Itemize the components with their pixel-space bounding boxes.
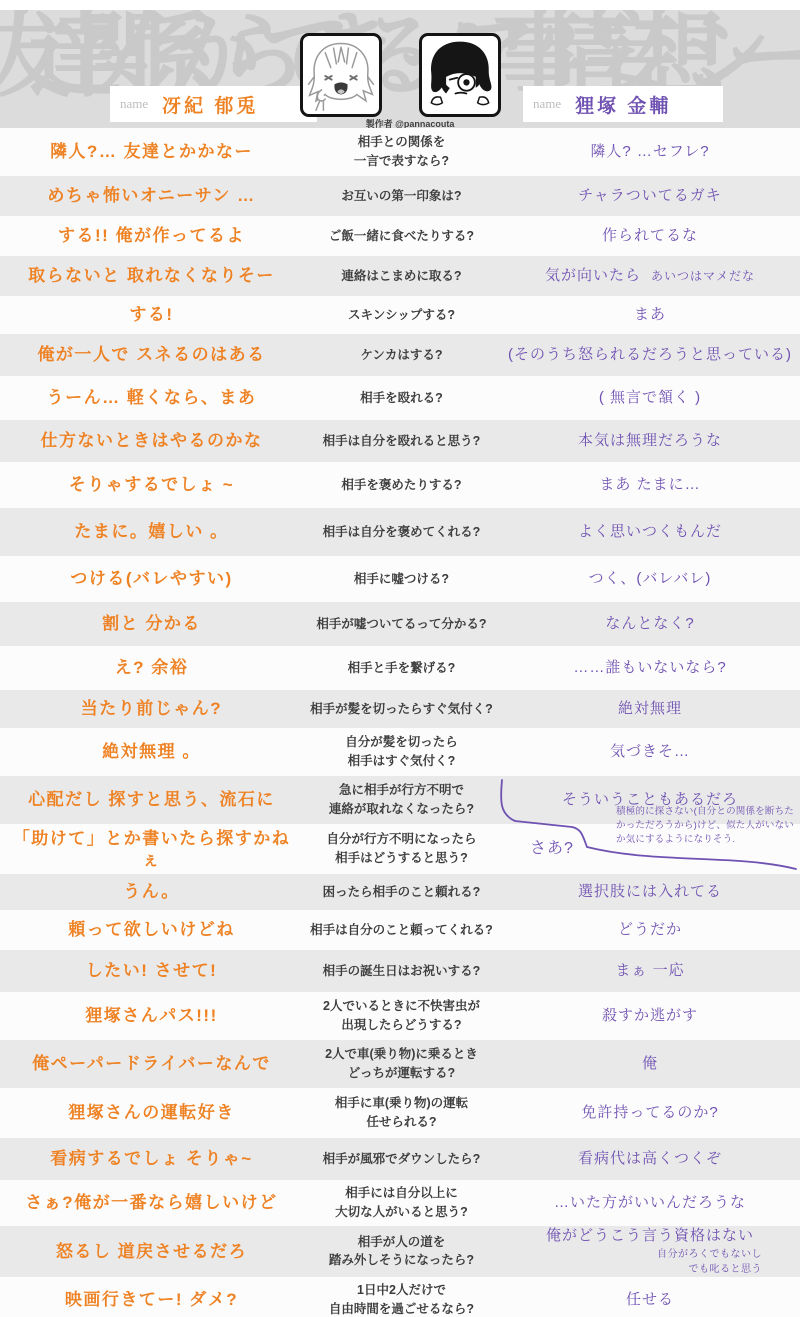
left-answer: したい! させて! — [0, 960, 303, 981]
right-answer: 殺すか逃がす — [500, 1006, 800, 1026]
question: 相手との関係を一言で表すなら? — [303, 133, 500, 171]
left-answer: うん。 — [0, 881, 303, 902]
table-row: さぁ?俺が一番なら嬉しいけど相手には自分以上に大切な人がいると思う?…いた方がい… — [0, 1180, 800, 1226]
annotation-note: 積極的に探さない(自分との関係を断ちたかっただろうから)けど、似た人がいないか気… — [616, 805, 800, 846]
left-answer: うーん… 軽くなら、まあ — [0, 387, 303, 408]
left-answer: つける(バレやすい) — [0, 568, 303, 589]
right-answer: まあ — [500, 305, 800, 325]
table-row: 頼って欲しいけどね相手は自分のこと頼ってくれる?どうだか — [0, 910, 800, 950]
question: 相手の誕生日はお祝いする? — [303, 962, 500, 981]
question: スキンシップする? — [303, 306, 500, 325]
table-row: 狸塚さんパス!!!2人でいるときに不快害虫が出現したらどうする?殺すか逃がす — [0, 992, 800, 1040]
table-row: うーん… 軽くなら、まあ相手を殴れる?( 無言で頷く ) — [0, 376, 800, 420]
question: 連絡はこまめに取る? — [303, 267, 500, 286]
left-answer: 当たり前じゃん? — [0, 698, 303, 719]
left-answer: 「助けて」とか書いたら探すかねぇ — [0, 828, 303, 871]
name-field-label: name — [533, 96, 561, 112]
question: 困ったら相手のこと頼れる? — [303, 883, 500, 902]
avatar-right — [419, 33, 501, 117]
table-row: する!! 俺が作ってるよご飯一緒に食べたりする?作られてるな — [0, 216, 800, 256]
right-answer: 免許持ってるのか? — [500, 1103, 800, 1123]
table-row: 看病するでしょ そりゃ~相手が風邪でダウンしたら?看病代は高くつくぞ — [0, 1138, 800, 1180]
right-answer: 気が向いたらあいつはマメだな — [500, 266, 800, 286]
question: 2人で車(乗り物)に乗るときどっちが運転する? — [303, 1045, 500, 1083]
table-row: 俺ペーパードライバーなんで2人で車(乗り物)に乗るときどっちが運転する?俺 — [0, 1040, 800, 1088]
left-character-icon — [303, 36, 379, 114]
name-field-label: name — [120, 96, 148, 112]
table-row: 俺が一人で スネるのはあるケンカはする?(そのうち怒られるだろうと思っている) — [0, 334, 800, 376]
table-row: 割と 分かる相手が嘘ついてるって分かる?なんとなく? — [0, 602, 800, 646]
right-answer: 本気は無理だろうな — [500, 431, 800, 451]
right-answer: なんとなく? — [500, 614, 800, 634]
left-answer: さぁ?俺が一番なら嬉しいけど — [0, 1192, 303, 1213]
right-answer-sub: あいつはマメだな — [651, 269, 755, 283]
left-answer: 怒るし 道戻させるだろ — [0, 1241, 303, 1262]
left-answer: え? 余裕 — [0, 657, 303, 678]
right-answer: チャラついてるガキ — [500, 186, 800, 206]
right-answer: (そのうち怒られるだろうと思っている) — [500, 345, 800, 365]
question: 1日中2人だけで自由時間を過ごせるなら? — [303, 1281, 500, 1317]
table-row: 狸塚さんの運転好き相手に車(乗り物)の運転任せられる?免許持ってるのか? — [0, 1088, 800, 1138]
table-row: うん。困ったら相手のこと頼れる?選択肢には入れてる — [0, 874, 800, 910]
table-row: したい! させて!相手の誕生日はお祝いする?まぁ 一応 — [0, 950, 800, 992]
left-answer: 取らないと 取れなくなりそー — [0, 265, 303, 286]
question: 相手が風邪でダウンしたら? — [303, 1150, 500, 1169]
question: 2人でいるときに不快害虫が出現したらどうする? — [303, 997, 500, 1035]
table-row: つける(バレやすい)相手に嘘つける?つく、(バレバレ) — [0, 556, 800, 602]
name-box-right: name 狸塚 金輔 — [523, 86, 723, 122]
left-answer: そりゃするでしょ ~ — [0, 474, 303, 495]
table-row: めちゃ怖いオニーサン …お互いの第一印象は?チャラついてるガキ — [0, 176, 800, 216]
question: 自分が髪を切ったら相手はすぐ気付く? — [303, 733, 500, 771]
right-answer: どうだか — [500, 920, 800, 940]
qa-table: 隣人?… 友達とかかなー相手との関係を一言で表すなら?隣人? …セフレ?めちゃ怖… — [0, 128, 800, 1317]
table-row: 絶対無理 。自分が髪を切ったら相手はすぐ気付く?気づきそ… — [0, 728, 800, 776]
table-row: する!スキンシップする?まあ — [0, 296, 800, 334]
left-answer: 心配だし 探すと思う、流石に — [0, 789, 303, 810]
question: ご飯一緒に食べたりする? — [303, 227, 500, 246]
right-answer: まぁ 一応 — [500, 961, 800, 981]
right-answer: ( 無言で頷く ) — [500, 388, 800, 408]
fantasy-sheet: 友達関係からできるペア事情妄想シート name 冴紀 郁兎 — [0, 0, 800, 1317]
question: 自分が行方不明になったら相手はどうすると思う? — [303, 830, 500, 868]
table-row: 映画行きてー! ダメ?1日中2人だけで自由時間を過ごせるなら?任せる — [0, 1277, 800, 1317]
table-row: たまに。嬉しい 。相手は自分を褒めてくれる?よく思いつくもんだ — [0, 508, 800, 556]
question: 相手と手を繋げる? — [303, 659, 500, 678]
table-row: 隣人?… 友達とかかなー相手との関係を一言で表すなら?隣人? …セフレ? — [0, 128, 800, 176]
question: 相手は自分のこと頼ってくれる? — [303, 921, 500, 940]
question: 相手が髪を切ったらすぐ気付く? — [303, 700, 500, 719]
question: 相手が嘘ついてるって分かる? — [303, 615, 500, 634]
right-answer: 選択肢には入れてる — [500, 882, 800, 902]
right-answer: まあ たまに… — [500, 475, 800, 495]
header: 友達関係からできるペア事情妄想シート name 冴紀 郁兎 — [0, 10, 800, 128]
right-answer: ……誰もいないなら? — [500, 658, 800, 678]
right-answer: 俺 — [500, 1054, 800, 1074]
avatar-left — [300, 33, 382, 117]
table-row: 仕方ないときはやるのかな相手は自分を殴れると思う?本気は無理だろうな — [0, 420, 800, 462]
right-answer: 任せる — [500, 1290, 800, 1310]
right-answer: 俺がどうこう言う資格はない自分がろくでもないし でも叱ると思う — [500, 1226, 800, 1277]
question: お互いの第一印象は? — [303, 187, 500, 206]
question: 急に相手が行方不明で連絡が取れなくなったら? — [303, 781, 500, 819]
table-row: 当たり前じゃん?相手が髪を切ったらすぐ気付く?絶対無理 — [0, 690, 800, 728]
left-answer: 映画行きてー! ダメ? — [0, 1289, 303, 1310]
left-answer: たまに。嬉しい 。 — [0, 521, 303, 542]
left-answer: 割と 分かる — [0, 613, 303, 634]
right-answer: 隣人? …セフレ? — [500, 142, 800, 162]
table-row: そりゃするでしょ ~相手を褒めたりする?まあ たまに… — [0, 462, 800, 508]
right-answer: 看病代は高くつくぞ — [500, 1149, 800, 1169]
name-box-left: name 冴紀 郁兎 — [110, 86, 317, 122]
table-row: 取らないと 取れなくなりそー連絡はこまめに取る?気が向いたらあいつはマメだな — [0, 256, 800, 296]
left-answer: する!! 俺が作ってるよ — [0, 225, 303, 246]
left-answer: 絶対無理 。 — [0, 741, 303, 762]
right-character-name: 狸塚 金輔 — [575, 91, 671, 118]
table-row: え? 余裕相手と手を繋げる?……誰もいないなら? — [0, 646, 800, 690]
right-answer: 絶対無理 — [500, 699, 800, 719]
right-answer: 気づきそ… — [500, 742, 800, 762]
left-character-name: 冴紀 郁兎 — [162, 91, 258, 118]
right-answer-note: 自分がろくでもないし でも叱ると思う — [508, 1247, 792, 1277]
question: 相手には自分以上に大切な人がいると思う? — [303, 1184, 500, 1222]
left-answer: 頼って欲しいけどね — [0, 919, 303, 940]
table-row: 怒るし 道戻させるだろ相手が人の道を踏み外しそうになったら?俺がどうこう言う資格… — [0, 1226, 800, 1277]
left-answer: 隣人?… 友達とかかなー — [0, 141, 303, 162]
question: 相手は自分を褒めてくれる? — [303, 523, 500, 542]
right-character-icon — [422, 36, 498, 114]
left-answer: めちゃ怖いオニーサン … — [0, 185, 303, 206]
right-answer: 作られてるな — [500, 226, 800, 246]
left-answer: 仕方ないときはやるのかな — [0, 430, 303, 451]
right-answer: …いた方がいいんだろうな — [500, 1193, 800, 1213]
left-answer: 狸塚さんの運転好き — [0, 1102, 303, 1123]
right-answer: よく思いつくもんだ — [500, 522, 800, 542]
question: 相手を殴れる? — [303, 389, 500, 408]
left-answer: 俺ペーパードライバーなんで — [0, 1053, 303, 1074]
question: ケンカはする? — [303, 346, 500, 365]
right-answer: つく、(バレバレ) — [500, 569, 800, 589]
question: 相手を褒めたりする? — [303, 476, 500, 495]
question: 相手に嘘つける? — [303, 570, 500, 589]
question: 相手は自分を殴れると思う? — [303, 432, 500, 451]
left-answer: 狸塚さんパス!!! — [0, 1005, 303, 1026]
question: 相手が人の道を踏み外しそうになったら? — [303, 1233, 500, 1271]
question: 相手に車(乗り物)の運転任せられる? — [303, 1094, 500, 1132]
left-answer: 看病するでしょ そりゃ~ — [0, 1148, 303, 1169]
creator-credit: 製作者 @pannacouta — [320, 117, 500, 128]
left-answer: 俺が一人で スネるのはある — [0, 344, 303, 365]
left-answer: する! — [0, 304, 303, 325]
